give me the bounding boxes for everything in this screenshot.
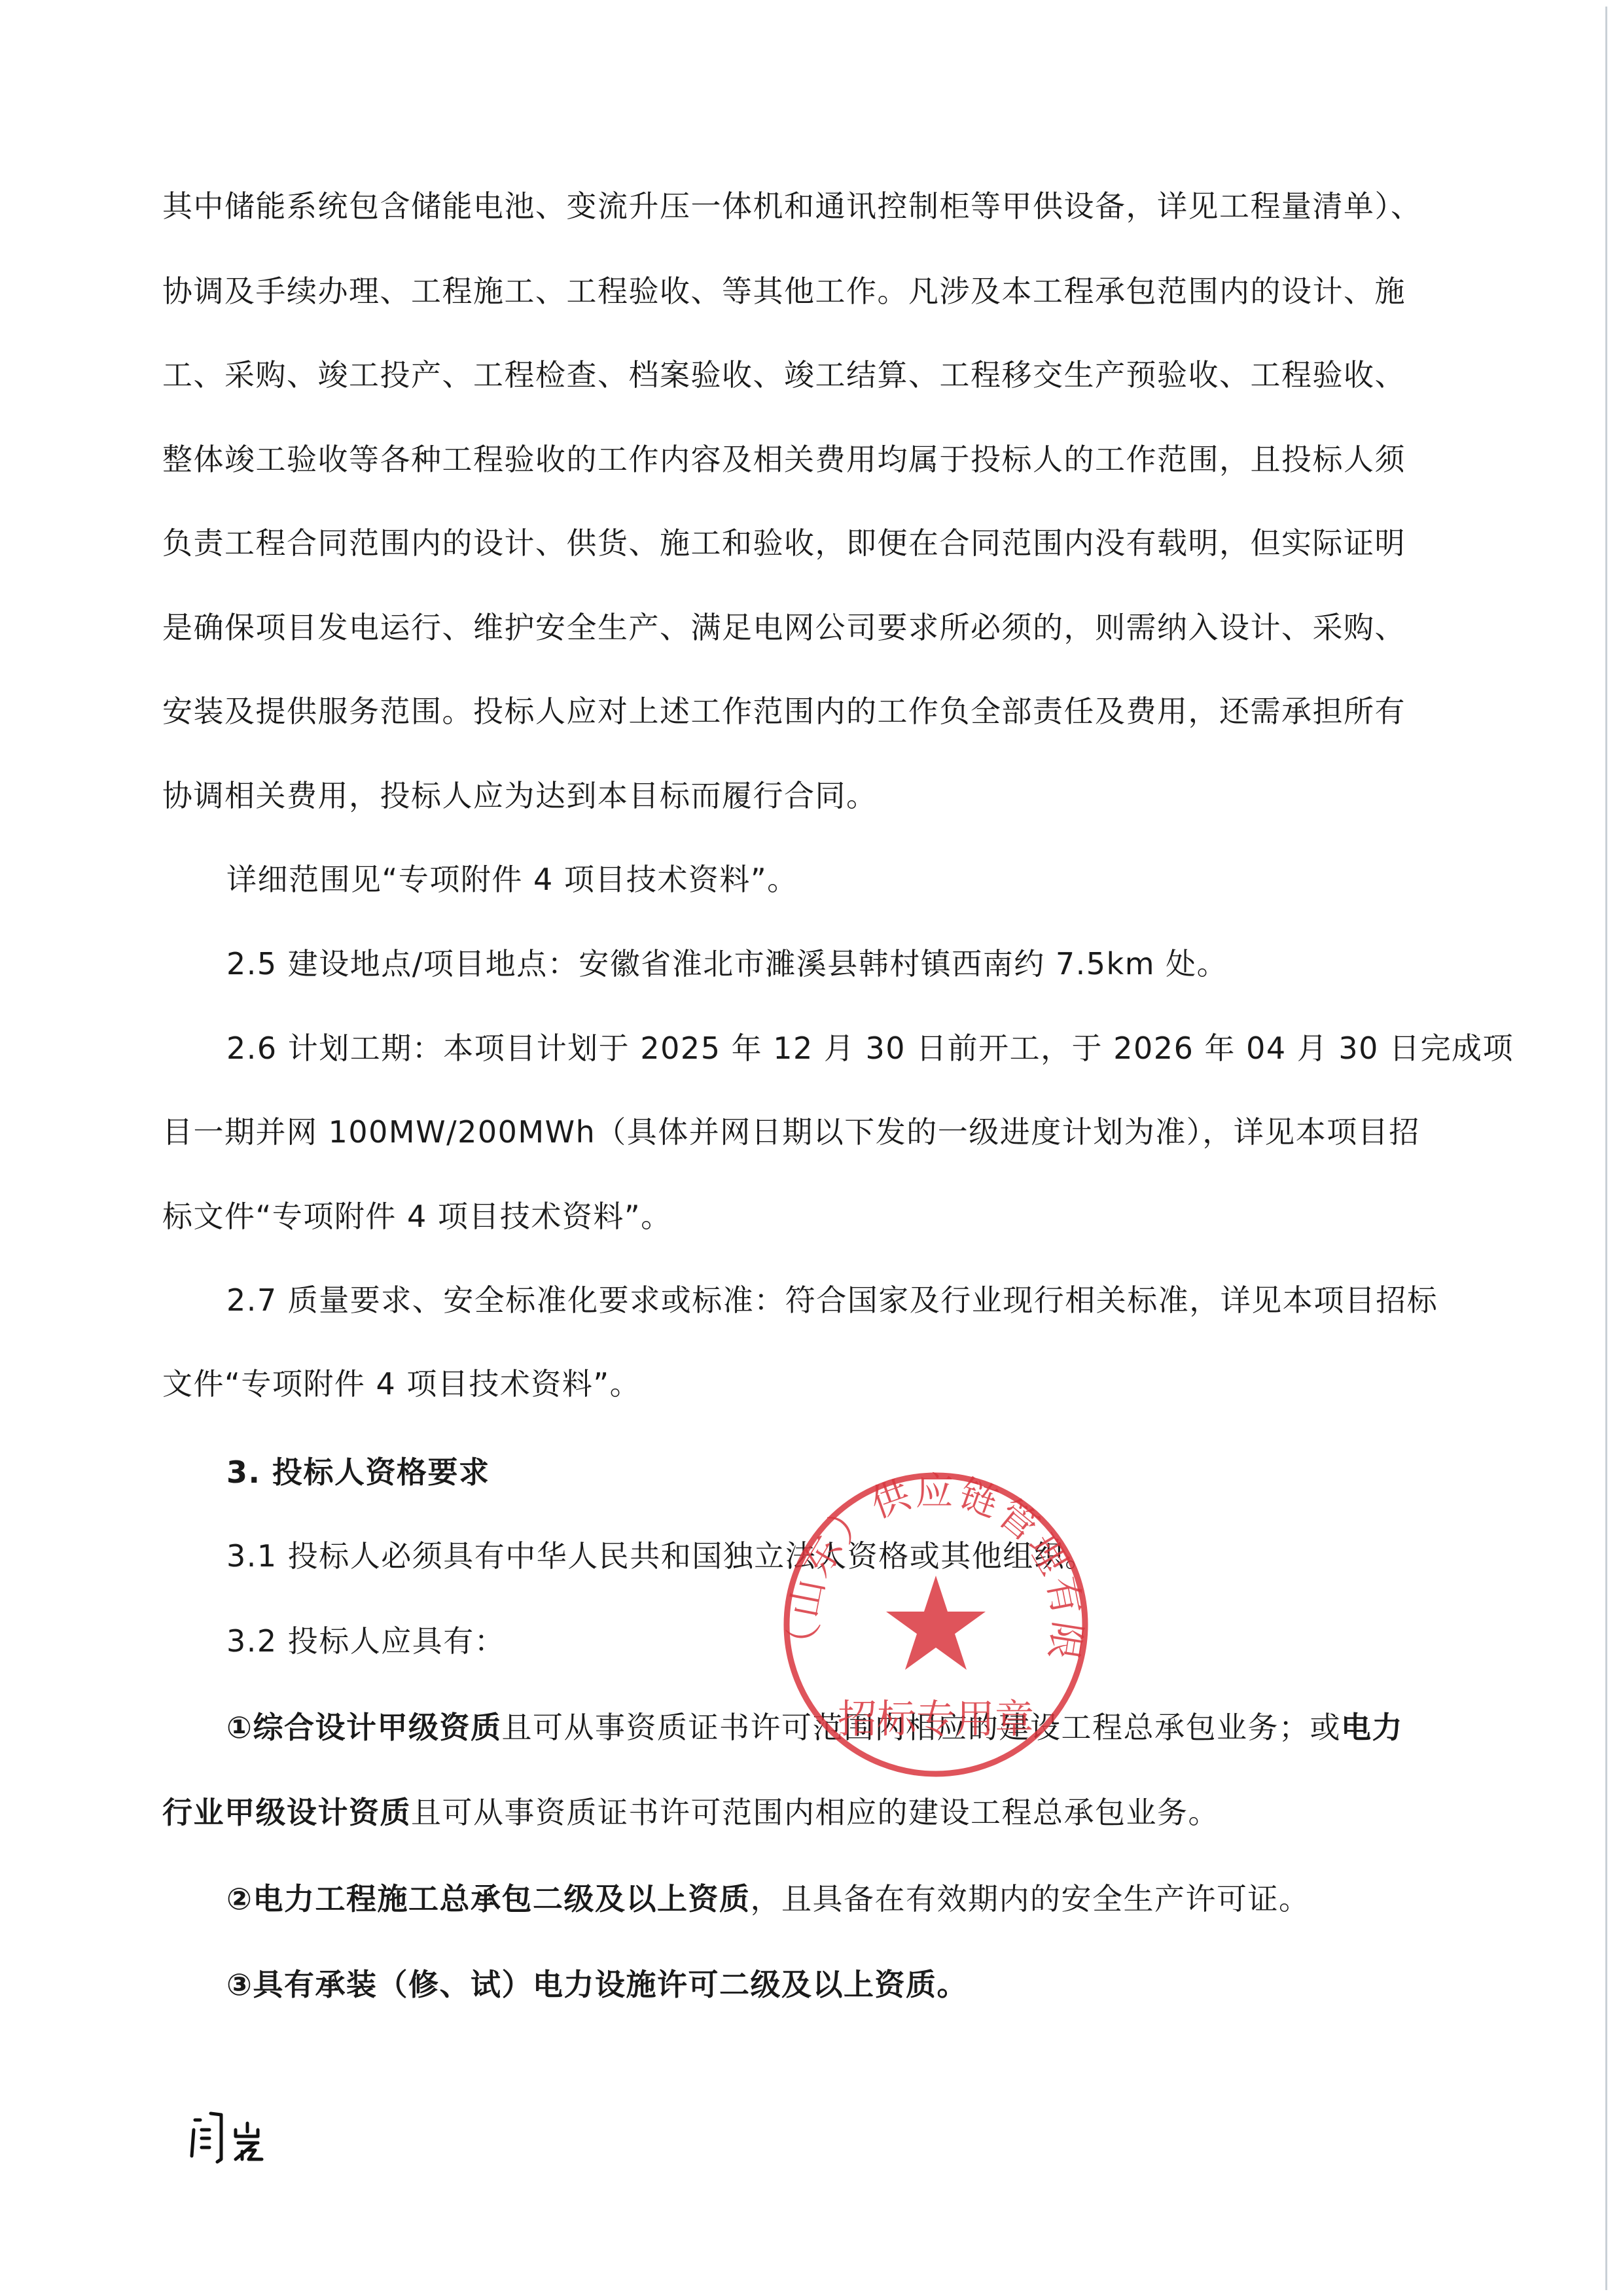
section-2-6-line-3: 标文件“专项附件 4 项目技术资料”。 <box>162 1197 672 1236</box>
requirement-1-bold-b1: 电力 <box>1341 1710 1403 1745</box>
section-3-2: 3.2 投标人应具有： <box>226 1621 505 1661</box>
scan-edge-line <box>1605 7 1607 2290</box>
requirement-1-line-2: 行业甲级设计资质且可从事资质证书许可范围内相应的建设工程总承包业务。 <box>162 1793 1219 1832</box>
section-2-6-line-1: 2.6 计划工期：本项目计划于 2025 年 12 月 30 日前开工，于 20… <box>226 1029 1514 1068</box>
requirement-1-text-b: 且可从事资质证书许可范围内相应的建设工程总承包业务。 <box>411 1795 1219 1830</box>
scope-line-5: 负责工程合同范围内的设计、供货、施工和验收，即便在合同范围内没有载明，但实际证明 <box>162 523 1406 563</box>
scope-line-7: 安装及提供服务范围。投标人应对上述工作范围内的工作负全部责任及费用，还需承担所有 <box>162 692 1406 731</box>
section-2-7-line-2: 文件“专项附件 4 项目技术资料”。 <box>162 1364 641 1404</box>
section-2-5: 2.5 建设地点/项目地点：安徽省淮北市濉溪县韩村镇西南约 7.5km 处。 <box>226 944 1228 983</box>
scope-line-8: 协调相关费用，投标人应为达到本目标而履行合同。 <box>162 776 878 815</box>
requirement-3-bold: 具有承装（修、试）电力设施许可二级及以上资质。 <box>253 1967 968 2002</box>
requirement-2-text: ，且具备在有效期内的安全生产许可证。 <box>750 1881 1310 1916</box>
requirement-1-marker: ① <box>226 1710 253 1745</box>
scope-line-3: 工、采购、竣工投产、工程检查、档案验收、竣工结算、工程移交生产预验收、工程验收、 <box>162 355 1406 395</box>
scope-line-2: 协调及手续办理、工程施工、工程验收、等其他工作。凡涉及本工程承包范围内的设计、施 <box>162 272 1406 311</box>
company-seal-stamp: 中核（山东）供应链管理有限公司 招标专用章 <box>776 1464 1096 1785</box>
section-2-7-line-1: 2.7 质量要求、安全标准化要求或标准：符合国家及行业现行相关标准，详见本项目招… <box>226 1280 1438 1320</box>
requirement-1-bold-a: 综合设计甲级资质 <box>253 1710 501 1745</box>
requirement-1-bold-b2: 行业甲级设计资质 <box>162 1795 411 1830</box>
requirement-3: ③具有承装（修、试）电力设施许可二级及以上资质。 <box>226 1965 968 2004</box>
section-3-heading: 3. 投标人资格要求 <box>226 1453 490 1492</box>
seal-bottom-text: 招标专用章 <box>838 1697 1034 1742</box>
requirement-2-marker: ② <box>226 1881 253 1916</box>
scope-line-6: 是确保项目发电运行、维护安全生产、满足电网公司要求所必须的，则需纳入设计、采购、 <box>162 608 1406 647</box>
section-2-6-line-2: 目一期并网 100MW/200MWh（具体并网日期以下发的一级进度计划为准），详… <box>162 1112 1420 1152</box>
scope-line-1: 其中储能系统包含储能电池、变流升压一体机和通讯控制柜等甲供设备，详见工程量清单）… <box>162 186 1422 226</box>
detail-scope: 详细范围见“专项附件 4 项目技术资料”。 <box>226 860 798 899</box>
scope-line-4: 整体竣工验收等各种工程验收的工作内容及相关费用均属于投标人的工作范围，且投标人须 <box>162 440 1406 479</box>
requirement-2: ②电力工程施工总承包二级及以上资质，且具备在有效期内的安全生产许可证。 <box>226 1879 1310 1918</box>
requirement-2-bold: 电力工程施工总承包二级及以上资质 <box>253 1881 750 1916</box>
handwritten-signature: 闫岩 <box>190 2094 308 2166</box>
requirement-3-marker: ③ <box>226 1967 253 2002</box>
seal-star-icon <box>886 1576 986 1670</box>
